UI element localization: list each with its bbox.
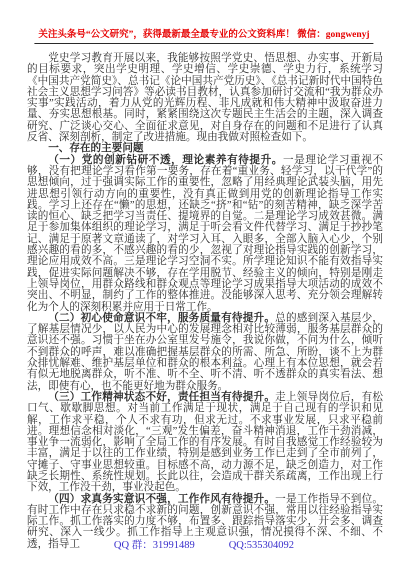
problem-item-4-lead: （四）求真务实意识不强，工作作风有待提升。 [48,494,275,505]
intro-paragraph: 党史学习教育开展以来，我能够按照学党史、悟思想、办实事、开新局的目标要求，突出学… [27,53,383,143]
problem-item-1: （一）党的创新钻研不透，理论素养有待提升。一是理论学习重视不够，没有把理论学习看… [27,155,383,313]
problem-item-3-lead: （三）工作精神状态不好，责任担当有待提升。 [48,392,275,403]
problem-item-2-lead: （二）初心使命意识不牢，服务质量有待提升。 [48,313,275,324]
qq-group-number: QQ 群：31991489 [114,540,195,551]
section-heading-main-problems: 一、存在的主要问题 [27,143,383,154]
promo-header: 关注头条号“公文研究”，获得最新最全最专业的公文资料库！ 微信：gongweny… [34,26,373,44]
problem-item-1-lead: （一）党的创新钻研不透，理论素养有待提升。 [48,155,283,166]
qq-personal-number: QQ:535304092 [229,540,294,551]
document-body: 党史学习教育开展以来，我能够按照学党史、悟思想、办实事、开新局的目标要求，突出学… [27,53,383,550]
document-page: 关注头条号“公文研究”，获得最新最全最专业的公文资料库！ 微信：gongweny… [0,0,408,580]
problem-item-2: （二）初心使命意识不牢，服务质量有待提升。总的感到深入基层少，了解基层情况少，以… [27,313,383,392]
contact-footer: QQ 群：31991489QQ:535304092 [0,537,408,552]
problem-item-2-text: 总的感到深入基层少，了解基层情况少，以人民为中心的发展理念相对比较薄弱，服务基层… [27,313,383,392]
problem-item-3: （三）工作精神状态不好，责任担当有待提升。走上领导岗位后，有松口气、歇歇脚思想。… [27,392,383,494]
problem-item-1-text: 一是理论学习重视不够，没有把理论学习看作第一要务，存在着“重业务、轻学习，以干代… [27,155,383,313]
promo-header-text: 关注头条号“公文研究”，获得最新最全最专业的公文资料库！ 微信：gongweny… [38,30,369,40]
problem-item-3-text: 走上领导岗位后，有松口气、歇歇脚思想。对当前工作满足于现状，满足于自己现有的学识… [27,392,383,493]
